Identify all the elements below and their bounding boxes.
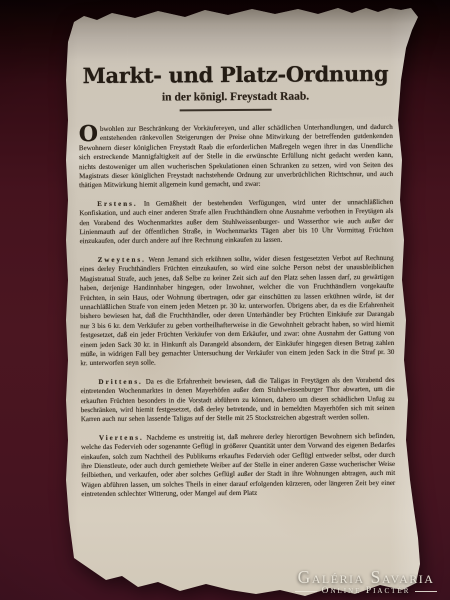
- watermark-gallery-name: Galéria Savaria: [284, 568, 448, 586]
- gallery-watermark: Galéria Savaria Online Piactér: [284, 568, 448, 597]
- document-page: Markt- und Platz-Ordnung in der königl. …: [58, 7, 422, 600]
- document-subtitle: in der königl. Freystadt Raab.: [79, 90, 393, 104]
- document-title: Markt- und Platz-Ordnung: [78, 61, 392, 88]
- paragraph-viertens: Viertens. Nachdeme es unstreitig ist, da…: [81, 432, 395, 500]
- paragraph-text: Wenn Jemand sich erkühnen sollte, wider …: [80, 254, 395, 368]
- watermark-dash-right: [415, 591, 437, 592]
- paper-surface: Markt- und Platz-Ordnung in der königl. …: [60, 8, 420, 600]
- watermark-tagline-text: Online Piactér: [322, 586, 411, 597]
- paragraph-lead: Viertens.: [99, 433, 144, 441]
- paragraph-lead: Drittens.: [99, 377, 143, 385]
- drop-cap-initial: O: [79, 125, 100, 143]
- title-divider-rule: [180, 109, 272, 112]
- paragraph-text: bwohlen zur Beschränkung der Vorkäuferey…: [79, 123, 393, 190]
- watermark-tagline: Online Piactér: [284, 586, 448, 597]
- paper-sheet: Markt- und Platz-Ordnung in der königl. …: [60, 8, 420, 600]
- watermark-dash-left: [295, 591, 317, 592]
- paragraph-lead: Erstens.: [97, 200, 137, 208]
- paragraph-erstens: Erstens. In Gemäßheit der bestehenden Ve…: [79, 198, 393, 247]
- paragraph-preamble: Obwohlen zur Beschränkung der Vorkäufere…: [79, 123, 393, 191]
- paragraph-drittens: Drittens. Da es die Erfahrenheit bewiese…: [81, 376, 395, 425]
- document-body: Obwohlen zur Beschränkung der Vorkäufere…: [79, 123, 396, 500]
- paragraph-lead: Zweytens.: [98, 256, 146, 264]
- paragraph-zweytens: Zweytens. Wenn Jemand sich erkühnen soll…: [80, 254, 395, 369]
